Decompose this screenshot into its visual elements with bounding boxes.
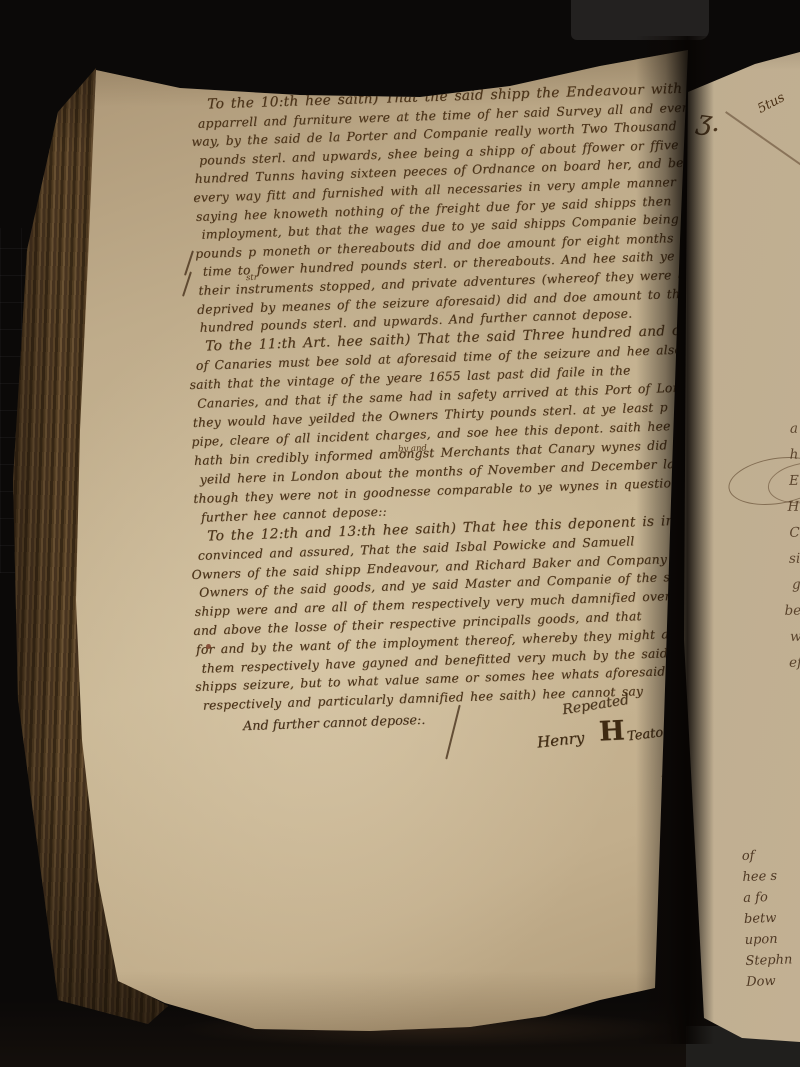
pencil-stroke — [725, 111, 800, 174]
background-object — [571, 0, 709, 40]
writing-fragment: a fo — [743, 886, 800, 909]
writing-fragment: upon — [744, 928, 800, 951]
writing-fragment: ef — [760, 650, 800, 677]
writing-fragment: betw — [744, 907, 800, 930]
writing-fragment: C — [758, 520, 800, 547]
interlineation: by and — [398, 443, 427, 454]
writing-fragment: h — [756, 442, 798, 469]
interlineation: str — [246, 273, 258, 283]
writing-fragment: E — [757, 468, 799, 495]
writing-fragment: H — [757, 494, 799, 521]
writing-fragment: si — [758, 546, 800, 573]
photograph: To the 10:th hee saith) That the said sh… — [0, 0, 800, 1067]
writing-fragment: hee s — [742, 865, 799, 888]
gutter-shadow — [636, 36, 714, 1044]
closing-line: And further cannot depose:. — [243, 713, 426, 734]
writing-fragment: w — [759, 624, 800, 651]
writing-fragment: of — [741, 844, 798, 867]
ink-dot — [206, 644, 211, 649]
writing-fragment: g — [758, 572, 800, 599]
signature-initial: H — [598, 715, 625, 747]
ink-stroke — [445, 705, 460, 760]
corner-mark: 5tus — [755, 90, 787, 117]
lower-edge-writing-fragments: ofhee sa fobetwuponStephnDow — [741, 844, 800, 993]
signature-first-name: Henry — [536, 729, 585, 752]
writing-fragment: Stephn — [745, 949, 800, 972]
writing-fragment: Dow — [746, 970, 800, 993]
edge-writing-fragments: ahEHCsigbewef — [756, 416, 800, 677]
writing-fragment: a — [756, 416, 798, 443]
writing-fragment: be — [759, 598, 800, 625]
